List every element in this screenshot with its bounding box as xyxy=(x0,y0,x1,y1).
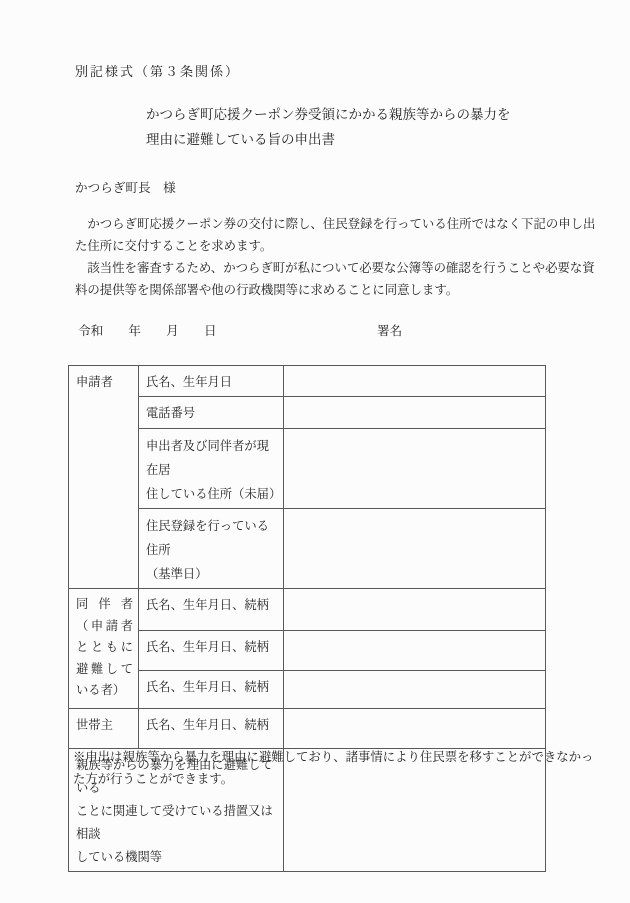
current-address-label-text: 申出者及び同伴者が現在居 住している住所（未届） xyxy=(146,434,278,506)
document-page: 別記様式（第３条関係） かつらぎ町応援クーポン券受領にかかる親族等からの暴力を … xyxy=(0,0,630,903)
table-row: 電話番号 xyxy=(69,397,546,429)
addressee-line: かつらぎ町長 様 xyxy=(75,177,176,196)
cell-label-phone: 電話番号 xyxy=(139,397,284,429)
companion-header-justified-text: 同伴者 （申請者 とともに 避難して xyxy=(76,594,133,680)
application-table: 申請者 氏名、生年月日 電話番号 申出者及び同伴者が現在居 住している住所（未届… xyxy=(68,365,546,872)
cell-blank-companion-3 xyxy=(284,671,546,709)
table-row: 同伴者 （申請者 とともに 避難して いる者） 氏名、生年月日、続柄 xyxy=(69,589,546,631)
table-row: 住民登録を行っている住所 （基準日） xyxy=(69,509,546,589)
form-style-note: 別記様式（第３条関係） xyxy=(75,61,240,80)
registered-address-label-text: 住民登録を行っている住所 （基準日） xyxy=(146,514,278,586)
cell-label-name-dob: 氏名、生年月日 xyxy=(139,366,284,397)
date-line: 令和 年 月 日 xyxy=(78,320,217,339)
table-row: 申出者及び同伴者が現在居 住している住所（未届） xyxy=(69,429,546,509)
cell-label-companion-1: 氏名、生年月日、続柄 xyxy=(139,589,284,631)
signature-label: 署名 xyxy=(377,320,402,339)
cell-label-companion-3: 氏名、生年月日、続柄 xyxy=(139,671,284,709)
cell-blank-householder xyxy=(284,709,546,749)
cell-companion-header: 同伴者 （申請者 とともに 避難して いる者） xyxy=(69,589,139,709)
cell-label-householder: 氏名、生年月日、続柄 xyxy=(139,709,284,749)
date-signature-row: 令和 年 月 日 署名 xyxy=(0,320,630,340)
table-row: 氏名、生年月日、続柄 xyxy=(69,631,546,671)
footnote-text: ※申出は親族等から暴力を理由に避難しており、諸事情により住民票を移すことができな… xyxy=(73,746,618,790)
cell-blank-companion-2 xyxy=(284,631,546,671)
companion-header-last-line: いる者） xyxy=(76,680,133,702)
cell-blank-phone xyxy=(284,397,546,429)
body-paragraphs: かつらぎ町応援クーポン券の交付に際し、住民登録を行っている住所ではなく下記の申し… xyxy=(75,213,605,301)
cell-label-registered-address: 住民登録を行っている住所 （基準日） xyxy=(139,509,284,589)
table-row: 氏名、生年月日、続柄 xyxy=(69,671,546,709)
cell-householder-header: 世帯主 xyxy=(69,709,139,749)
table-row: 世帯主 氏名、生年月日、続柄 xyxy=(69,709,546,749)
document-title: かつらぎ町応援クーポン券受領にかかる親族等からの暴力を 理由に避難している旨の申… xyxy=(146,102,511,152)
cell-label-companion-2: 氏名、生年月日、続柄 xyxy=(139,631,284,671)
cell-blank-registered-address xyxy=(284,509,546,589)
cell-applicant-header: 申請者 xyxy=(69,366,139,589)
cell-blank-current-address xyxy=(284,429,546,509)
cell-label-current-address: 申出者及び同伴者が現在居 住している住所（未届） xyxy=(139,429,284,509)
document-title-line1: かつらぎ町応援クーポン券受領にかかる親族等からの暴力を xyxy=(146,102,511,127)
document-title-line2: 理由に避難している旨の申出書 xyxy=(146,127,511,152)
cell-blank-companion-1 xyxy=(284,589,546,631)
table-row: 申請者 氏名、生年月日 xyxy=(69,366,546,397)
cell-blank-name-dob xyxy=(284,366,546,397)
